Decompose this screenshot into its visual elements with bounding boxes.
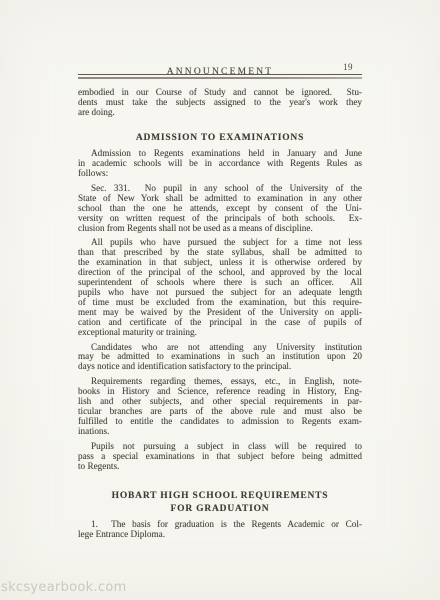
paragraph: Sec. 331. No pupil in any school of the … xyxy=(78,184,362,234)
header-rule-thick xyxy=(78,77,362,79)
text-line: lege Entrance Diploma. xyxy=(78,530,362,540)
heading-line: ADMISSION TO EXAMINATIONS xyxy=(78,132,362,145)
heading-line: HOBART HIGH SCHOOL REQUIREMENTS xyxy=(78,490,362,503)
text-column: ANNOUNCEMENT 19 embodied in our Course o… xyxy=(78,61,362,540)
page-header: ANNOUNCEMENT 19 xyxy=(78,61,362,73)
paragraph: embodied in our Course of Study and cann… xyxy=(78,88,362,118)
paragraph: All pupils who have pursued the subject … xyxy=(78,238,362,337)
text-line: days notice and identification satisfact… xyxy=(78,362,362,372)
text-line: follows: xyxy=(78,169,362,179)
text-line: inations. xyxy=(78,427,362,437)
running-head-title: ANNOUNCEMENT xyxy=(167,67,274,77)
text-line: to Regents. xyxy=(78,462,362,472)
paragraph: Candidates who are not attending any Uni… xyxy=(78,343,362,373)
section-heading: HOBART HIGH SCHOOL REQUIREMENTSFOR GRADU… xyxy=(78,490,362,515)
text-line: dents must take the subjects assigned to… xyxy=(78,98,362,108)
section-heading: ADMISSION TO EXAMINATIONS xyxy=(78,132,362,145)
scanned-book-page: ANNOUNCEMENT 19 embodied in our Course o… xyxy=(0,0,440,600)
page-number: 19 xyxy=(343,62,353,72)
paragraph: Admission to Regents examinations held i… xyxy=(78,149,362,179)
text-line: in academic schools will be in accordanc… xyxy=(78,159,362,169)
text-line: fulfilled to entitle the candidates to a… xyxy=(78,417,362,427)
paragraph: Pupils not pursuing a subject in class w… xyxy=(78,442,362,472)
heading-line: FOR GRADUATION xyxy=(78,503,362,516)
text-line: pass a special examinations in that subj… xyxy=(78,452,362,462)
paragraph: Requirements regarding themes, essays, e… xyxy=(78,377,362,436)
page-body: embodied in our Course of Study and cann… xyxy=(78,88,362,540)
paragraph: 1. The basis for graduation is the Regen… xyxy=(78,520,362,540)
text-line: are doing. xyxy=(78,108,362,118)
text-line: exceptional maturity or training. xyxy=(78,328,362,338)
watermark-text: skcsyearbook.com xyxy=(1,580,127,595)
text-line: clusion from Regents shall not be used a… xyxy=(78,224,362,234)
